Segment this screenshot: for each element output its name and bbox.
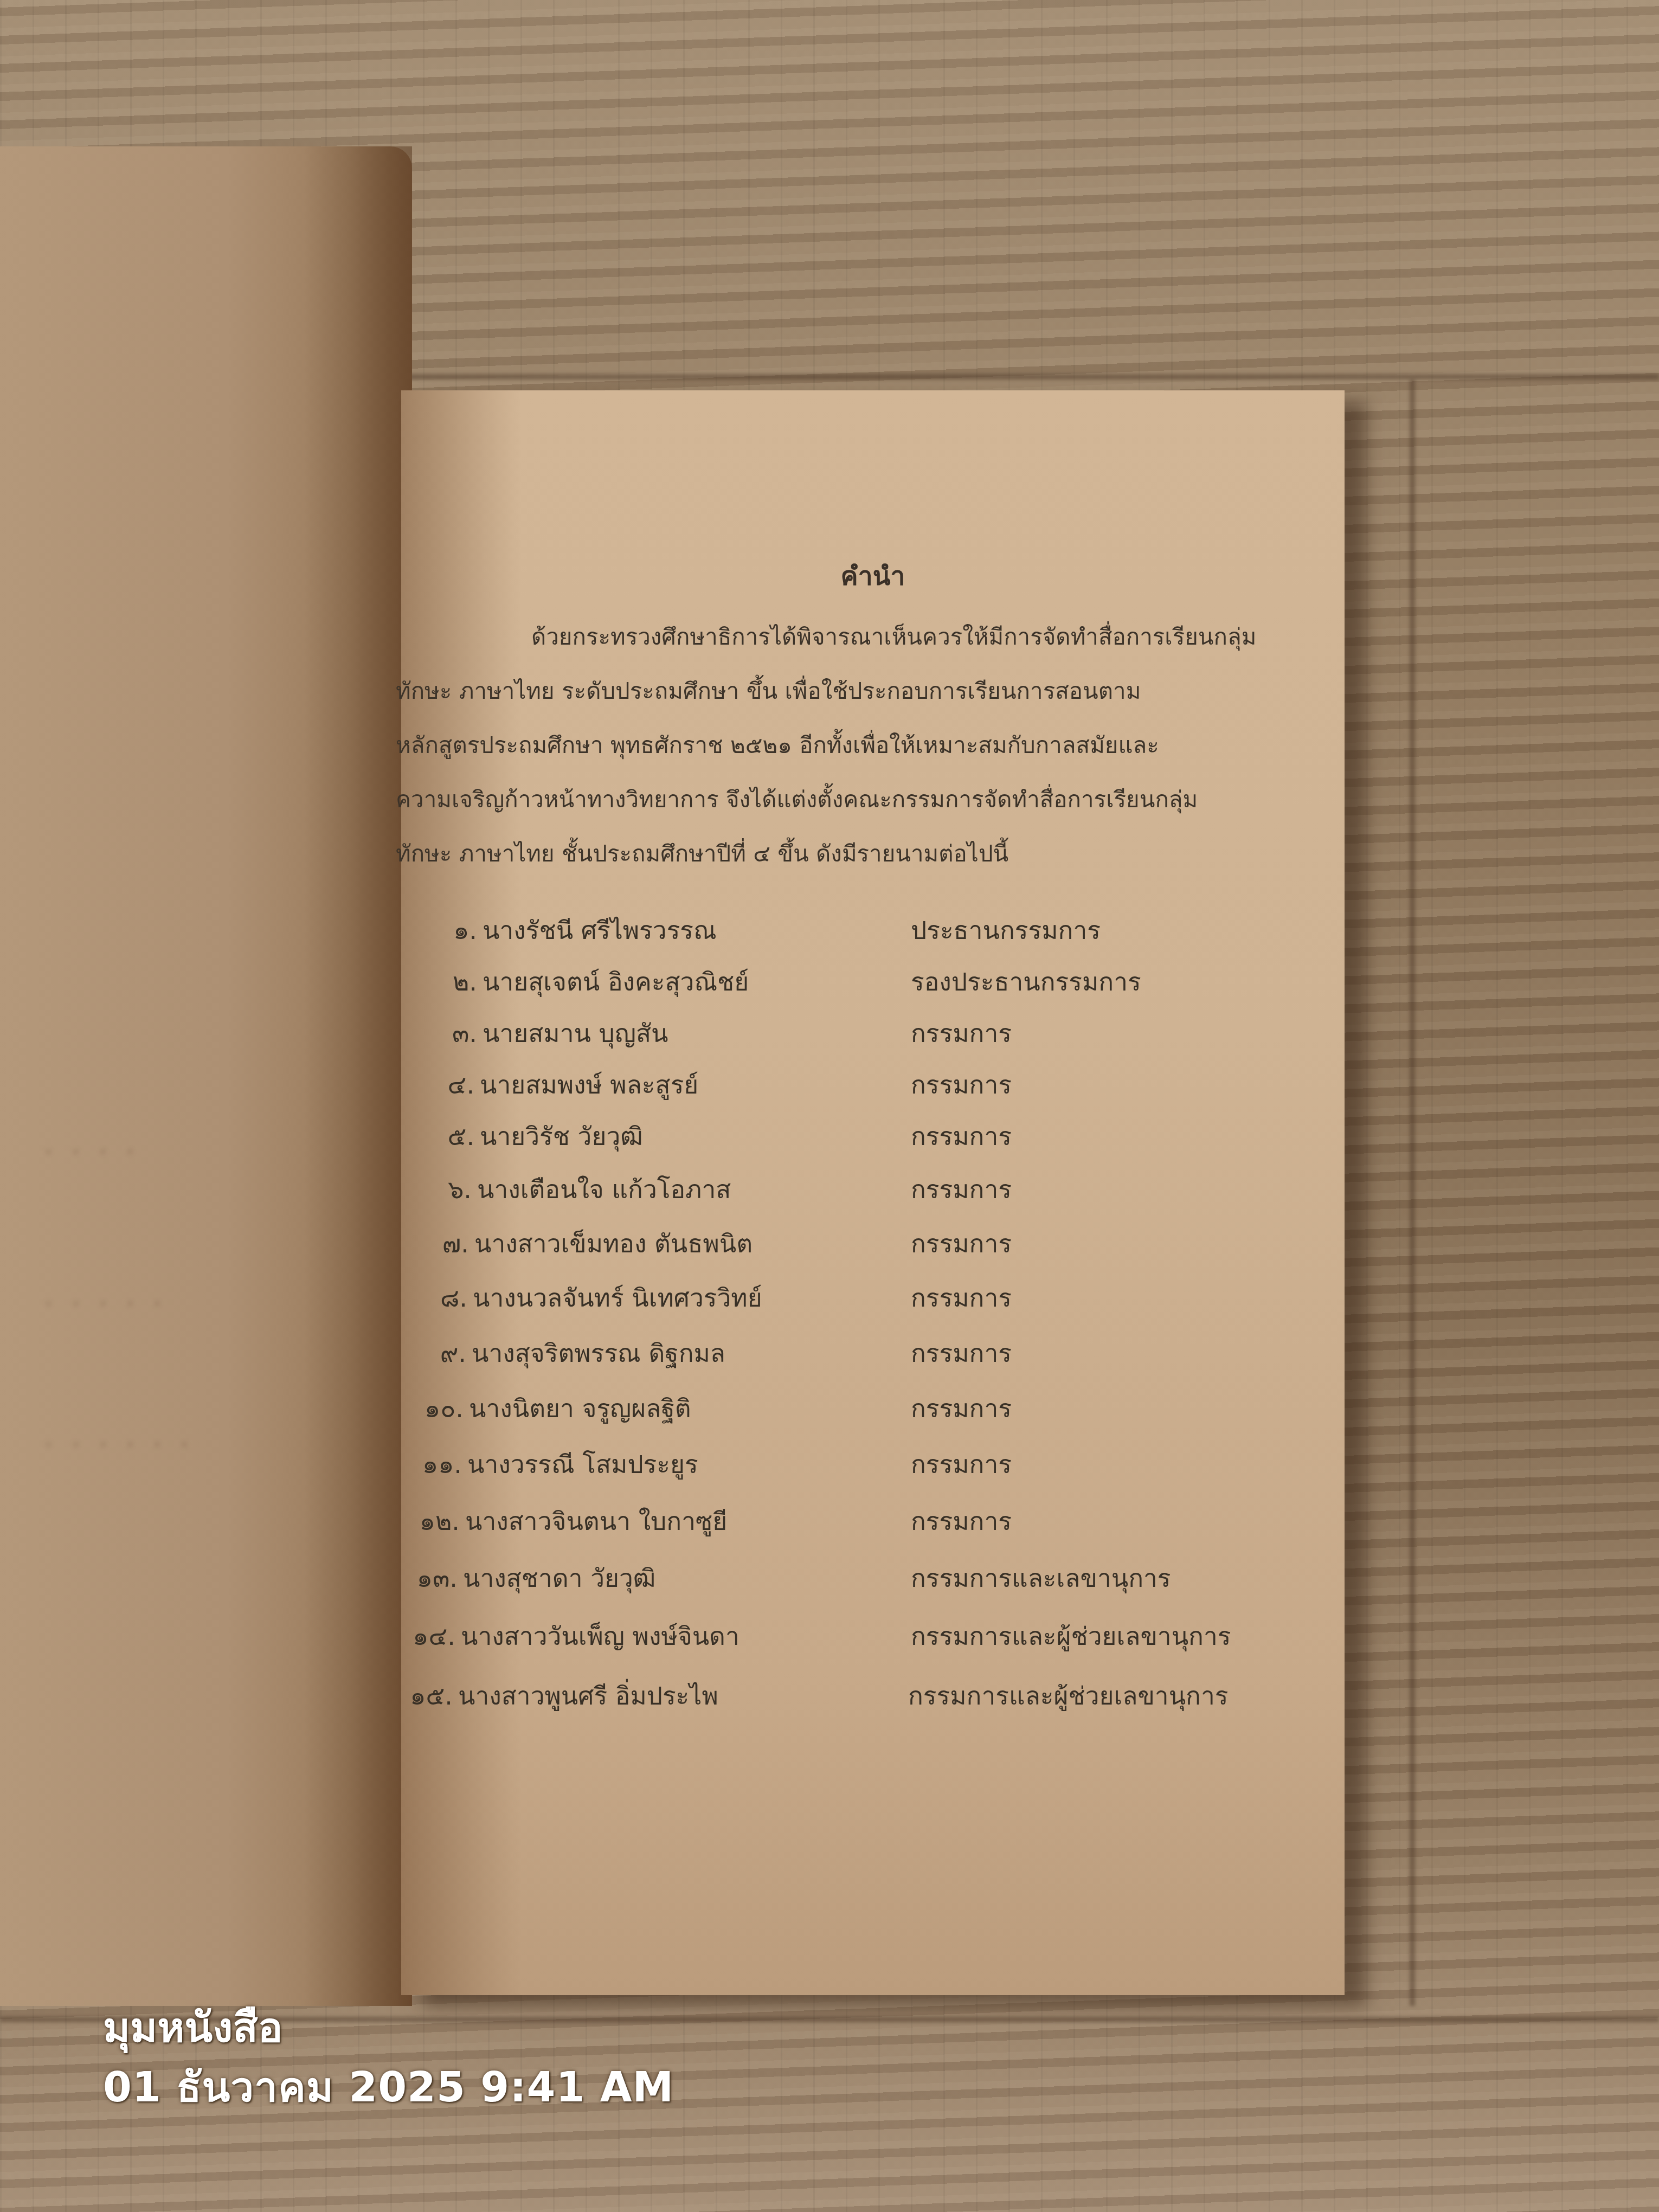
paragraph-line: ด้วยกระทรวงศึกษาธิการได้พิจารณาเห็นควรให… <box>396 610 1269 664</box>
member-role: กรรมการ <box>911 1334 1012 1373</box>
member-name: นางเตือนใจ แก้วโอภาส <box>477 1170 731 1210</box>
member-number: ๗. <box>393 1224 469 1264</box>
member-number: ๑๔. <box>380 1617 455 1656</box>
watermark-title: มุมหนังสือ <box>103 1995 282 2060</box>
paragraph-line: หลักสูตรประถมศึกษา พุทธศักราช ๒๕๒๑ อีกทั… <box>396 718 1269 773</box>
member-name: นางรัชนี ศรีไพรวรรณ <box>483 911 717 950</box>
committee-row: ๗. นางสาวเข็มทอง ตันธพนิต กรรมการ <box>401 1224 1345 1273</box>
floor-plank-seam <box>1410 380 1415 2006</box>
watermark-datetime: 01 ธันวาคม 2025 9:41 AM <box>103 2055 674 2120</box>
member-role: กรรมการ <box>911 1117 1012 1156</box>
member-role: กรรมการ <box>911 1065 1012 1105</box>
committee-row: ๘. นางนวลจันทร์ นิเทศวรวิทย์ กรรมการ <box>401 1278 1345 1327</box>
bleed-through-text: · · · · · <box>43 1285 166 1323</box>
bleed-through-text: · · · · <box>43 1133 139 1171</box>
member-role: กรรมการ <box>911 1389 1012 1429</box>
committee-row: ๖. นางเตือนใจ แก้วโอภาส กรรมการ <box>401 1170 1345 1219</box>
page-title: คำนำ <box>401 556 1345 597</box>
right-book-page: คำนำ ด้วยกระทรวงศึกษาธิการได้พิจารณาเห็น… <box>401 390 1345 1995</box>
committee-row: ๑. นางรัชนี ศรีไพรวรรณ ประธานกรรมการ <box>401 911 1345 960</box>
member-name: นางสุชาดา วัยวุฒิ <box>463 1559 655 1598</box>
member-role: กรรมการ <box>911 1445 1012 1484</box>
member-number: ๙. <box>390 1334 466 1373</box>
member-name: นางสาววันเพ็ญ พงษ์จินดา <box>461 1617 740 1656</box>
committee-row: ๑๓. นางสุชาดา วัยวุฒิ กรรมการและเลขานุกา… <box>401 1559 1345 1607</box>
member-role: กรรมการ <box>911 1224 1012 1264</box>
member-name: นางนวลจันทร์ นิเทศวรวิทย์ <box>473 1278 762 1318</box>
member-name: นายสมพงษ์ พละสูรย์ <box>480 1065 698 1105</box>
member-name: นางสาวพูนศรี อิ่มประไพ <box>458 1676 718 1716</box>
committee-row: ๑๑. นางวรรณี โสมประยูร กรรมการ <box>401 1445 1345 1494</box>
member-role: กรรมการ <box>911 1014 1012 1053</box>
committee-row: ๑๒. นางสาวจินตนา ใบกาซูยี กรรมการ <box>401 1502 1345 1551</box>
member-name: นายสุเจตน์ อิงคะสุวณิชย์ <box>483 962 749 1002</box>
committee-row: ๔. นายสมพงษ์ พละสูรย์ กรรมการ <box>401 1065 1345 1114</box>
member-name: นายสมาน บุญสัน <box>483 1014 668 1053</box>
member-number: ๑๑. <box>386 1445 462 1484</box>
preface-paragraph: ด้วยกระทรวงศึกษาธิการได้พิจารณาเห็นควรให… <box>396 610 1269 881</box>
book-gutter-shadow <box>304 146 412 2006</box>
member-name: นางสุจริตพรรณ ดิฐกมล <box>472 1334 725 1373</box>
member-number: ๑๒. <box>384 1502 460 1541</box>
member-role: กรรมการ <box>911 1502 1012 1541</box>
member-number: ๑๓. <box>382 1559 458 1598</box>
member-number: ๑๕. <box>377 1676 453 1716</box>
committee-row: ๒. นายสุเจตน์ อิงคะสุวณิชย์ รองประธานกรร… <box>401 962 1345 1011</box>
committee-row: ๙. นางสุจริตพรรณ ดิฐกมล กรรมการ <box>401 1334 1345 1382</box>
committee-row: ๑๕. นางสาวพูนศรี อิ่มประไพ กรรมการและผู้… <box>401 1676 1345 1725</box>
member-name: นายวิรัช วัยวุฒิ <box>480 1117 643 1156</box>
page-content: คำนำ ด้วยกระทรวงศึกษาธิการได้พิจารณาเห็น… <box>401 390 1345 1995</box>
member-number: ๒. <box>401 962 477 1002</box>
bleed-through-text: · · · · · · <box>43 1426 193 1464</box>
member-name: นางวรรณี โสมประยูร <box>467 1445 698 1484</box>
member-role: กรรมการ <box>911 1278 1012 1318</box>
member-role: กรรมการและเลขานุการ <box>911 1559 1171 1598</box>
committee-row: ๑๔. นางสาววันเพ็ญ พงษ์จินดา กรรมการและผู… <box>401 1617 1345 1666</box>
paragraph-line: ทักษะ ภาษาไทย ระดับประถมศึกษา ขึ้น เพื่อ… <box>396 664 1269 718</box>
member-role: ประธานกรรมการ <box>911 911 1101 950</box>
committee-row: ๓. นายสมาน บุญสัน กรรมการ <box>401 1014 1345 1063</box>
member-role: กรรมการ <box>911 1170 1012 1210</box>
member-name: นางสาวเข็มทอง ตันธพนิต <box>474 1224 753 1264</box>
member-number: ๓. <box>401 1014 477 1053</box>
member-number: ๑. <box>401 911 477 950</box>
member-number: ๔. <box>398 1065 474 1105</box>
committee-row: ๑๐. นางนิตยา จรูญผลฐิติ กรรมการ <box>401 1389 1345 1438</box>
member-number: ๑๐. <box>388 1389 464 1429</box>
member-number: ๘. <box>391 1278 467 1318</box>
member-number: ๕. <box>398 1117 474 1156</box>
member-name: นางสาวจินตนา ใบกาซูยี <box>465 1502 727 1541</box>
committee-row: ๕. นายวิรัช วัยวุฒิ กรรมการ <box>401 1117 1345 1166</box>
member-role: กรรมการและผู้ช่วยเลขานุการ <box>911 1617 1231 1656</box>
left-book-page: · · · · · · · · · · · · · · · <box>0 146 412 2006</box>
member-role: รองประธานกรรมการ <box>911 962 1141 1002</box>
paragraph-line: ความเจริญก้าวหน้าทางวิทยาการ จึงได้แต่งต… <box>396 773 1269 827</box>
paragraph-line: ทักษะ ภาษาไทย ชั้นประถมศึกษาปีที่ ๔ ขึ้น… <box>396 827 1269 881</box>
member-number: ๖. <box>396 1170 472 1210</box>
member-role: กรรมการและผู้ช่วยเลขานุการ <box>908 1676 1229 1716</box>
member-name: นางนิตยา จรูญผลฐิติ <box>469 1389 691 1429</box>
